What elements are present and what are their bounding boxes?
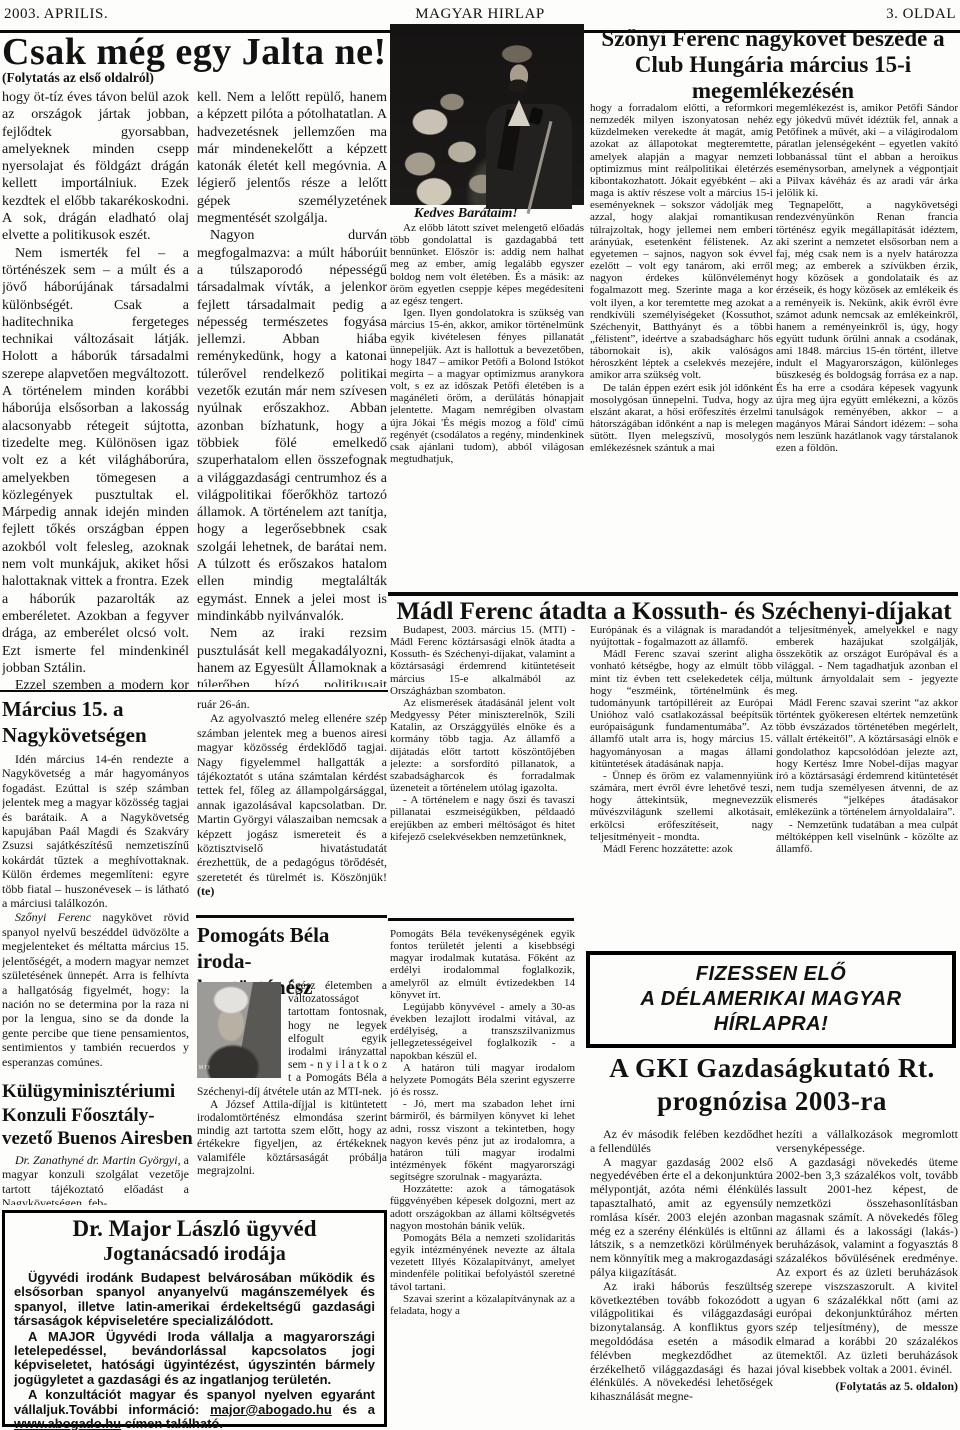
headline-line: megemlékezésén: [588, 78, 958, 104]
paragraph: De talán éppen ezért esik jól időnként m…: [590, 382, 773, 455]
paragraph: Mádl Ferenc szavai szerint “az akkor tör…: [776, 697, 958, 819]
paragraph: Az iraki háborús feszültség következtébe…: [590, 1280, 773, 1404]
paragraph: Idén március 14-én rendezte a Nagykövets…: [2, 752, 189, 910]
paragraph: Nem ismerték fel – a történészek sem – a…: [2, 245, 189, 677]
paragraph: Szőnyi Ferenc nagykövet rövid spanyol ny…: [2, 910, 189, 1068]
paragraph: Nagyon durván megfogalmazva: a múlt hábo…: [197, 227, 387, 625]
email-link[interactable]: major@abogado.hu: [210, 1402, 332, 1417]
lawyer-ad-box: Dr. Major László ügyvéd Jogtanácsadó iro…: [2, 1210, 387, 1427]
heading-line: Konzuli Főosztály-: [2, 1104, 194, 1128]
section-divider: [0, 690, 388, 692]
madl-headline: Mádl Ferenc átadta a Kossuth- és Széchen…: [390, 598, 958, 626]
marc15-heading: Március 15. a Nagykövetségen: [2, 696, 192, 748]
paragraph: hezíti a vállalkozások megromlott versen…: [776, 1128, 958, 1156]
paragraph: hogy a forradalom előtti, a reformkori n…: [590, 102, 773, 382]
paragraph: Pomogáts Béla tevékenységének egyik font…: [390, 928, 575, 1001]
pomogats-portrait-photo: MTI: [197, 982, 281, 1078]
paragraph: A konzultációt magyar és spanyol nyelven…: [14, 1388, 375, 1430]
newspaper-page: 2003. APRILIS. MAGYAR HIRLAP 3. OLDAL Cs…: [0, 0, 960, 1430]
continuation-note: (Folytatás az 5. oldalon): [776, 1380, 958, 1394]
paragraph: megemlékezést is, amikor Petőfi Sándor e…: [776, 102, 958, 199]
paragraph: Legújabb könyvével - amely a 30-as évekb…: [390, 1001, 575, 1062]
paragraph: Tegnapelőtt, a nagykövetségi rendezvényü…: [776, 199, 958, 454]
speech-salutation: Kedves Barátaim!: [414, 206, 518, 222]
paragraph: Mádl Ferenc szavai szerint aligha vonhat…: [590, 648, 773, 770]
jalta-column-1: hogy öt-tíz éves távon belül azok az ors…: [2, 89, 189, 689]
pomogats-column: MTI Egész életemben a változatosságot ta…: [197, 980, 387, 1206]
headline-line: prognózisa 2003-ra: [586, 1085, 958, 1118]
headline-line: A GKI Gazdaságkutató Rt.: [586, 1052, 958, 1085]
szonyi-column-4: hogy a forradalom előtti, a reformkori n…: [590, 102, 773, 588]
paragraph: Ügyvédi irodánk Budapest belvárosában mű…: [14, 1271, 375, 1329]
kulugy-heading: Külügyminisztériumi Konzuli Főosztály- v…: [2, 1080, 194, 1151]
paragraph: A gazdasági növekedés üteme 2002-ben 3,3…: [776, 1156, 958, 1377]
gki-headline: A GKI Gazdaságkutató Rt. prognózisa 2003…: [586, 1052, 958, 1118]
jalta-headline: Csak még egy Jalta ne!: [2, 32, 387, 72]
paragraph: Pomogáts Béla a nemzeti szolidaritás egy…: [390, 1232, 575, 1293]
ad-subtitle: Jogtanácsadó irodája: [5, 1243, 384, 1266]
paragraph: - Jó, mert ma szabadon lehet írni bármir…: [390, 1098, 575, 1183]
marc15-column-1: Idén március 14-én rendezte a Nagykövets…: [2, 752, 189, 1076]
heading-line: Nagykövetségen: [2, 722, 192, 748]
photo-watermark: MTI: [199, 1062, 211, 1075]
ad-title: Dr. Major László ügyvéd: [5, 1216, 384, 1242]
speech-podium-photo: [390, 24, 584, 205]
author-initials: (te): [197, 884, 214, 898]
ad-body: Ügyvédi irodánk Budapest belvárosában mű…: [5, 1271, 384, 1430]
gki-column-2: hezíti a vállalkozások megromlott versen…: [776, 1128, 958, 1424]
paragraph: - Ünnep és öröm ez valamennyiünk számára…: [590, 770, 773, 843]
pomogats-continuation-column: Pomogáts Béla tevékenységének egyik font…: [390, 928, 575, 1428]
paragraph: Az év második felében kezdődhet a fellen…: [590, 1128, 773, 1156]
person-name: Szőnyi Ferenc: [15, 910, 91, 924]
paragraph: A határon túli magyar irodalom helyzete …: [390, 1062, 575, 1098]
paragraph: - Nemzetünk tudatában a mea culpát méltó…: [776, 819, 958, 855]
madl-column-1: Budapest, 2003. március 15. (MTI) - Mádl…: [390, 624, 575, 912]
heading-line: Külügyminisztériumi: [2, 1080, 194, 1104]
section-divider: [196, 915, 387, 918]
heading-line: vezető Buenos Airesben: [2, 1127, 194, 1151]
madl-column-2: Európának és a világnak is maradandót ny…: [590, 624, 773, 944]
heading-line: Pomogáts Béla iroda-: [197, 922, 389, 974]
paragraph: kell. Nem a lelőtt repülő, hanem a képze…: [197, 89, 387, 227]
paragraph: A MAJOR Ügyvédi Iroda vállalja a magyaro…: [14, 1330, 375, 1388]
promo-line: A DÉLAMERIKAI MAGYAR: [590, 987, 952, 1012]
jalta-column-2: kell. Nem a lelőtt repülő, hanem a képze…: [197, 89, 387, 687]
headline-line: Club Hungária március 15-i: [588, 52, 958, 78]
paragraph: Igen. Ilyen gondolatokra is szükség van …: [390, 307, 584, 465]
paragraph: A magyar gazdaság 2002 első negyedévében…: [590, 1156, 773, 1280]
paragraph: Az előbb látott szívet melengető előadás…: [390, 222, 584, 307]
person-name: Dr. Zanathyné dr. Martin Györgyi,: [15, 1153, 181, 1167]
masthead-page-number: 3. OLDAL: [886, 6, 956, 23]
madl-column-3: a teljesítmények, amelyekkel e nagy embe…: [776, 624, 958, 944]
paragraph: Mádl Ferenc hozzátette: azok: [590, 843, 773, 855]
paragraph: a teljesítmények, amelyekkel e nagy embe…: [776, 624, 958, 697]
marc15-column-2: ruár 26-án. Az agyolvasztó meleg ellenér…: [197, 697, 387, 906]
paragraph: Az elismerések átadásánál jelent volt Me…: [390, 697, 575, 794]
promo-line: FIZESSEN ELŐ: [590, 962, 952, 987]
paragraph: hogy öt-tíz éves távon belül azok az ors…: [2, 89, 189, 245]
szonyi-column-5: megemlékezést is, amikor Petőfi Sándor e…: [776, 102, 958, 588]
heading-line: Március 15. a: [2, 696, 192, 722]
section-divider: [388, 592, 958, 596]
paragraph: Az agyolvasztó meleg ellenére szép számb…: [197, 711, 387, 898]
section-divider: [388, 918, 574, 921]
website-link[interactable]: www.abogado.hu: [14, 1416, 121, 1430]
paragraph: Európának és a világnak is maradandót ny…: [590, 624, 773, 648]
paragraph: Budapest, 2003. március 15. (MTI) - Mádl…: [390, 624, 575, 697]
szonyi-column-3: Az előbb látott szívet melengető előadás…: [390, 222, 584, 588]
szonyi-headline: Szőnyi Ferenc nagykövet beszéde a Club H…: [588, 26, 958, 104]
paragraph: Szavai szerint a közalapítványnak az a f…: [390, 1293, 575, 1317]
paragraph: ruár 26-án.: [197, 697, 387, 711]
headline-line: Szőnyi Ferenc nagykövet beszéde a: [588, 26, 958, 52]
paragraph: Nem az iraki rezsim pusztulását kell meg…: [197, 625, 387, 687]
jalta-continuation-note: (Folytatás az első oldalról): [2, 70, 154, 86]
paragraph: Dr. Zanathyné dr. Martin Györgyi, a magy…: [2, 1153, 189, 1205]
paragraph: Ezzel szemben a modern kor háborújában a…: [2, 677, 189, 689]
promo-line: HÍRLAPRA!: [590, 1012, 952, 1037]
subscribe-promo-box: FIZESSEN ELŐ A DÉLAMERIKAI MAGYAR HÍRLAP…: [586, 951, 956, 1048]
paragraph: - A történelem e nagy őszi és tavaszi pi…: [390, 794, 575, 843]
gki-column-1: Az év második felében kezdődhet a fellen…: [590, 1128, 773, 1424]
paragraph: Hozzátette: azok a támogatások függvényé…: [390, 1183, 575, 1232]
marc15-column-1-tail: Dr. Zanathyné dr. Martin Györgyi, a magy…: [2, 1153, 189, 1205]
paragraph: A József Attila-díjjal is kitüntetett ir…: [197, 1099, 387, 1178]
masthead-title: MAGYAR HIRLAP: [0, 6, 960, 23]
